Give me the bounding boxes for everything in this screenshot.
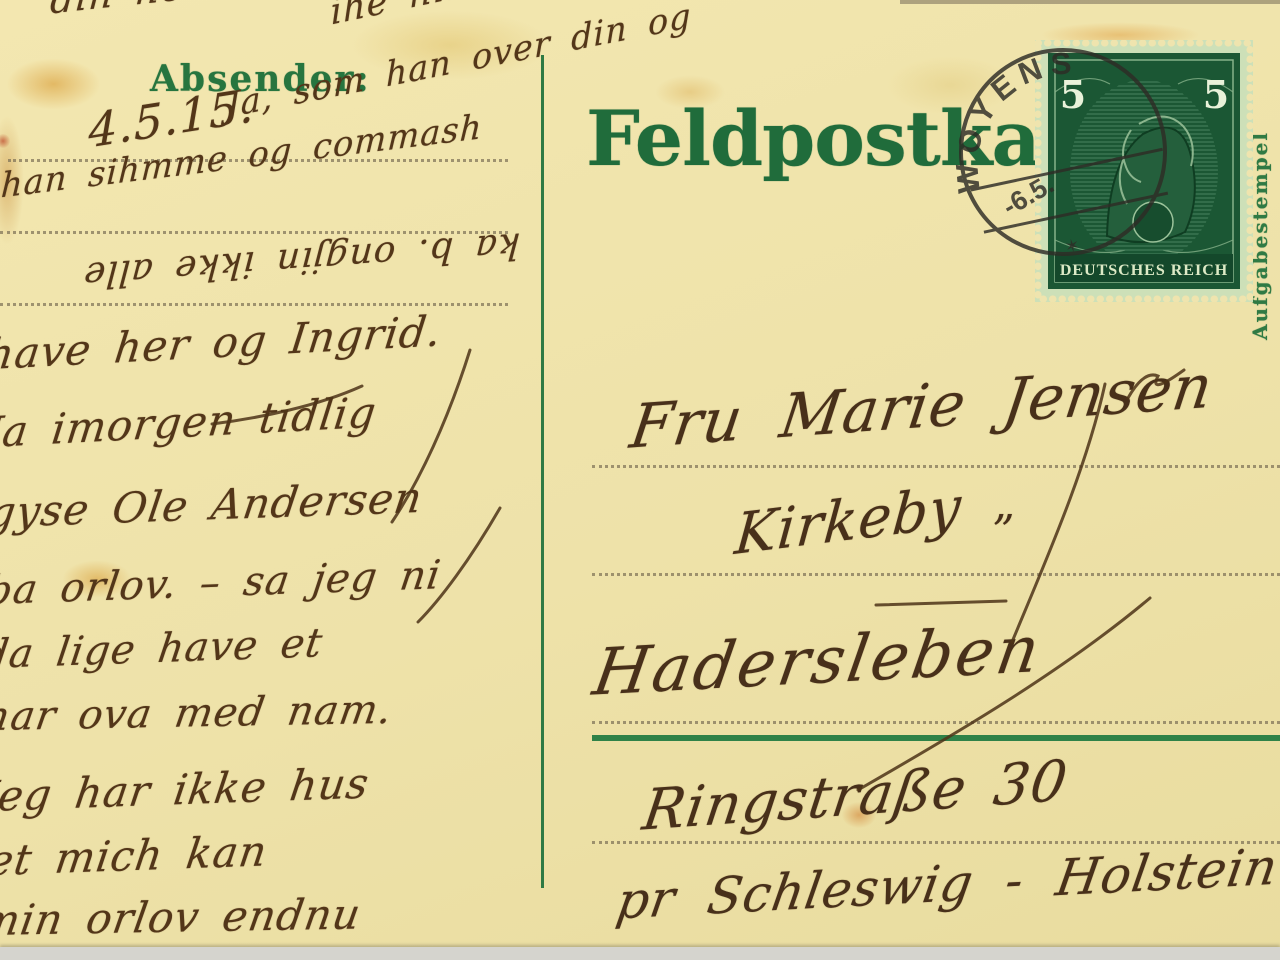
scan-edge-top — [900, 0, 1280, 4]
message-line: gyse Ole Andersen — [0, 473, 426, 537]
message-line: min orlov endnu — [0, 889, 365, 945]
ruled-line — [592, 721, 1280, 724]
scan-edge-bottom — [0, 947, 1280, 960]
postmark-town: WOYENS — [945, 41, 1103, 199]
message-line: har ova med nam. — [0, 687, 396, 740]
handwriting-scrawl: din hersom — [49, 0, 286, 23]
address-line-region: pr Schleswig - Holstein — [613, 837, 1280, 930]
handwriting-upside-down: ka b. ongjin ikke alle — [129, 224, 521, 293]
address-line-street: Ringstraße 30 — [639, 748, 1072, 843]
message-line: ba orlov. – sa jeg ni — [0, 552, 444, 614]
stain — [6, 58, 101, 110]
ruled-line — [592, 573, 1280, 576]
message-line: Ja imorgen tidlig — [0, 387, 379, 457]
address-line-village: Kirkeby — [732, 474, 964, 568]
green-rule — [592, 735, 1280, 741]
address-line-town: Hadersleben — [588, 613, 1047, 711]
stain — [0, 134, 10, 148]
stamp-value-right: 5 — [1203, 72, 1229, 117]
message-line: have her og Ingrid. — [0, 306, 445, 379]
address-line-recipient: Fru Marie Jensen — [626, 351, 1217, 463]
postmark-ring: WOYENS -6.5. ✶ — [945, 27, 1185, 274]
message-line: et mich kan — [0, 826, 271, 885]
divider-line — [541, 55, 544, 888]
postmark: WOYENS -6.5. ✶ — [945, 22, 1187, 274]
ruled-line — [592, 465, 1280, 468]
address-quote-mark: ” — [992, 506, 1016, 557]
message-line: da lige have et — [0, 620, 326, 678]
message-line: Jeg har ikke hus — [0, 758, 372, 821]
postmark-star: ✶ — [1063, 235, 1082, 259]
postcard-scan: Absender: Feldpostkarte Aufgabestempel — [0, 0, 1280, 960]
svg-text:WOYENS: WOYENS — [945, 41, 1103, 199]
ruled-line — [0, 303, 508, 306]
